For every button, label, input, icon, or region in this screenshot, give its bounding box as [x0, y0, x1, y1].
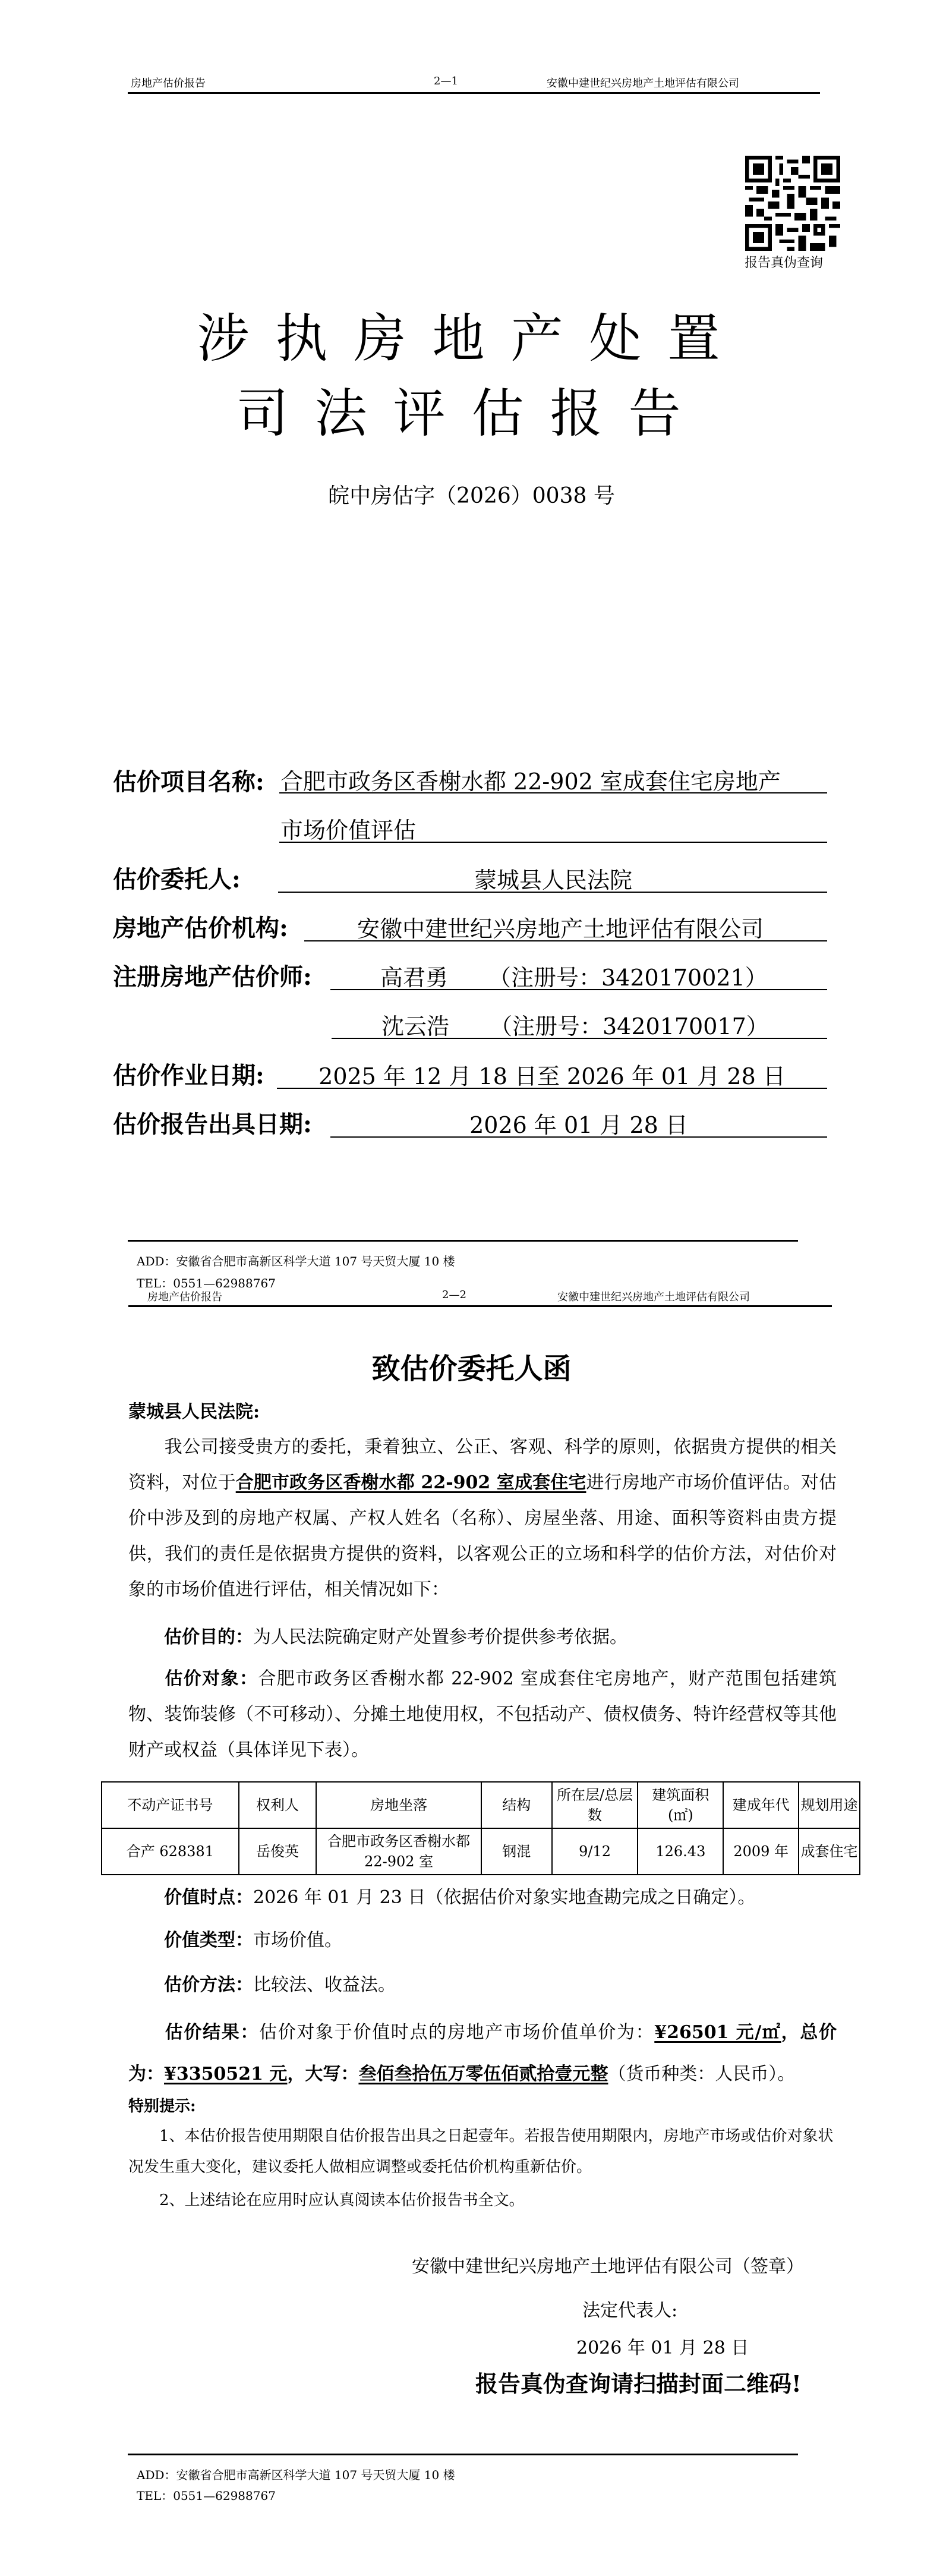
footer-address: ADD：安徽省合肥市高新区科学大道 107 号天贸大厦 10 楼	[137, 1252, 455, 1269]
underline	[330, 989, 827, 990]
table-cell: 126.43	[638, 1828, 723, 1875]
method-label: 估价方法：	[164, 1974, 253, 1995]
method-paragraph: 估价方法：比较法、收益法。	[128, 1967, 837, 2003]
header-page-number: 2—1	[434, 75, 458, 87]
table-header-cell: 所在层/总层数	[552, 1782, 638, 1828]
table-cell: 2009 年	[723, 1828, 799, 1875]
table-cell: 合肥市政务区香榭水都 22-902 室	[316, 1828, 481, 1875]
project-name-value-line2: 市场价值评估	[280, 812, 416, 845]
special-tip-2: 2、上述结论在应用时应认真阅读本估价报告书全文。	[128, 2185, 837, 2216]
underline	[279, 842, 827, 843]
special-tip-1: 1、本估价报告使用期限自估价报告出具之日起壹年。若报告使用期限内，房地产市场或估…	[128, 2121, 837, 2183]
footer-tel: TEL：0551—62988767	[137, 2486, 276, 2503]
special-tips-title: 特别提示:	[128, 2094, 196, 2116]
underline	[278, 892, 827, 893]
header-left: 房地产估价报告	[147, 1289, 222, 1304]
property-address: 合肥市政务区香榭水都 22-902 室成套住宅	[236, 1472, 586, 1493]
value-type-text: 市场价值。	[253, 1930, 342, 1951]
underline	[330, 1136, 827, 1138]
table-header-cell: 结构	[481, 1782, 552, 1828]
object-label: 估价对象：	[164, 1668, 258, 1689]
value-type-label: 价值类型：	[164, 1930, 253, 1951]
signature-company: 安徽中建世纪兴房地产土地评估有限公司（签章）	[412, 2251, 804, 2278]
letter-title: 致估价委托人函	[0, 1346, 943, 1387]
qr-caption: 报告真伪查询	[745, 253, 823, 271]
underline	[279, 792, 827, 793]
project-name-value-line1: 合肥市政务区香榭水都 22-902 室成套住宅房地产	[280, 763, 781, 796]
project-name-label: 估价项目名称:	[113, 763, 264, 797]
unit-price: ¥26501 元/㎡	[654, 2022, 781, 2043]
purpose-text: 为人民法院确定财产处置参考价提供参考依据。	[253, 1627, 627, 1648]
table-header-cell: 权利人	[239, 1782, 317, 1828]
header-right: 安徽中建世纪兴房地产土地评估有限公司	[557, 1289, 750, 1304]
header-page-number: 2—2	[442, 1289, 466, 1301]
agency-value: 安徽中建世纪兴房地产土地评估有限公司	[304, 911, 816, 943]
result-label: 估价结果：	[164, 2022, 259, 2043]
signature-date: 2026 年 01 月 28 日	[576, 2333, 749, 2359]
underline	[332, 1038, 827, 1039]
total-price: ¥3350521 元	[164, 2064, 287, 2084]
qr-code-icon[interactable]	[745, 156, 840, 251]
client-label: 估价委托人:	[113, 861, 241, 895]
footer-address: ADD：安徽省合肥市高新区科学大道 107 号天贸大厦 10 楼	[137, 2465, 455, 2483]
appraiser-1-name: 高君勇	[380, 959, 448, 992]
table-header-cell: 建成年代	[723, 1782, 799, 1828]
table-header-cell: 建筑面积(㎡)	[638, 1782, 723, 1828]
header-right: 安徽中建世纪兴房地产土地评估有限公司	[547, 75, 739, 90]
value-date-text: 2026 年 01 月 23 日（依据估价对象实地查勘完成之日确定）。	[253, 1887, 755, 1908]
total-price-upper: 叁佰叁拾伍万零伍佰贰拾壹元整	[358, 2064, 608, 2084]
purpose-label: 估价目的：	[164, 1627, 253, 1648]
work-period-label: 估价作业日期:	[113, 1057, 264, 1091]
header-rule	[128, 92, 820, 94]
purpose-paragraph: 估价目的：为人民法院确定财产处置参考价提供参考依据。	[128, 1620, 837, 1655]
intro-paragraph: 我公司接受贵方的委托，秉着独立、公正、客观、科学的原则，依据贵方提供的相关资料，…	[128, 1429, 837, 1608]
appraiser-2-name: 沈云浩	[381, 1008, 449, 1041]
underline	[277, 1088, 827, 1089]
table-header-cell: 房地坐落	[316, 1782, 481, 1828]
appraisers-label: 注册房地产估价师:	[113, 958, 312, 992]
legal-representative: 法定代表人:	[582, 2295, 677, 2322]
salutation: 蒙城县人民法院:	[128, 1397, 260, 1423]
table-header-cell: 规划用途	[799, 1782, 860, 1828]
footer-rule	[128, 2454, 798, 2455]
document-number: 皖中房估字（2026）0038 号	[0, 479, 943, 509]
report-date-value: 2026 年 01 月 28 日	[330, 1107, 827, 1139]
value-date-paragraph: 价值时点：2026 年 01 月 23 日（依据估价对象实地查勘完成之日确定）。	[128, 1880, 837, 1916]
property-table: 不动产证书号 权利人 房地坐落 结构 所在层/总层数 建筑面积(㎡) 建成年代 …	[101, 1781, 860, 1875]
work-period-value: 2025 年 12 月 18 日至 2026 年 01 月 28 日	[277, 1058, 827, 1091]
header-left: 房地产估价报告	[131, 75, 206, 90]
report-title-line1: 涉执房地产处置	[0, 297, 943, 372]
appraiser-2-reg: （注册号：3420170017）	[490, 1008, 769, 1041]
report-date-label: 估价报告出具日期:	[113, 1106, 312, 1139]
value-date-label: 价值时点：	[164, 1887, 253, 1908]
agency-label: 房地产估价机构:	[113, 909, 288, 943]
header-rule	[128, 1305, 832, 1307]
table-header-cell: 不动产证书号	[102, 1782, 239, 1828]
table-cell: 岳俊英	[239, 1828, 317, 1875]
footer-rule	[128, 1240, 798, 1242]
table-cell: 成套住宅	[799, 1828, 860, 1875]
table-cell: 9/12	[552, 1828, 638, 1875]
method-text: 比较法、收益法。	[253, 1974, 396, 1995]
verify-note: 报告真伪查询请扫描封面二维码!	[475, 2366, 802, 2398]
value-type-paragraph: 价值类型：市场价值。	[128, 1923, 837, 1958]
result-paragraph: 估价结果：估价对象于价值时点的房地产市场价值单价为：¥26501 元/㎡，总价为…	[128, 2012, 837, 2095]
table-row: 合产 628381 岳俊英 合肥市政务区香榭水都 22-902 室 钢混 9/1…	[102, 1828, 860, 1875]
table-cell: 钢混	[481, 1828, 552, 1875]
table-cell: 合产 628381	[102, 1828, 239, 1875]
underline	[304, 940, 827, 941]
client-value: 蒙城县人民法院	[279, 862, 827, 895]
table-header-row: 不动产证书号 权利人 房地坐落 结构 所在层/总层数 建筑面积(㎡) 建成年代 …	[102, 1782, 860, 1828]
appraiser-1-reg: （注册号：3420170021）	[488, 959, 768, 992]
report-title-line2: 司法评估报告	[0, 372, 943, 447]
object-paragraph: 估价对象：合肥市政务区香榭水都 22-902 室成套住宅房地产，财产范围包括建筑…	[128, 1661, 837, 1768]
